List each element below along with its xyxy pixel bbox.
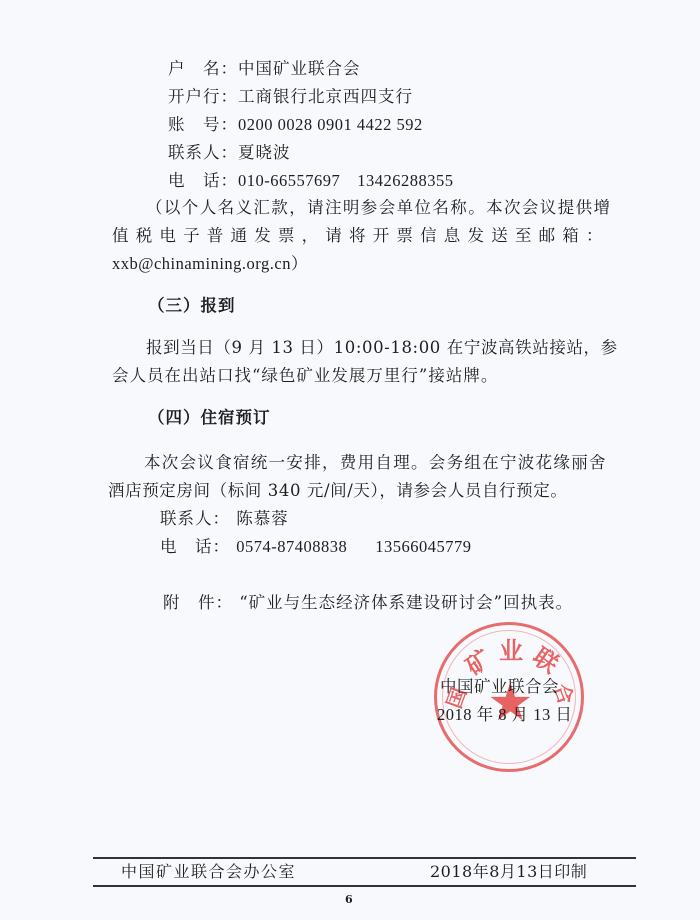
footer-office: 中国矿业联合会办公室 [121,862,296,882]
attachment-text: “矿业与生态经济体系建设研讨会”回执表。 [239,593,573,612]
section-3-line-1: 报到当日（9 月 13 日）10:00-18:00 在宁波高铁站接站，参 [146,337,618,359]
contact-name: 夏晓波 [238,143,291,162]
bank-row: 开户行：工商银行北京西四支行 [168,86,413,108]
section-3-line-2: 会人员在出站口找“绿色矿业发展万里行”接站牌。 [112,365,498,387]
attachment-row: 附 件： “矿业与生态经济体系建设研讨会”回执表。 [163,592,573,614]
footer-bottom-rule [93,885,636,887]
page-number: 6 [345,893,353,906]
account-no-row: 账 号：0200 0028 0901 4422 592 [168,114,423,136]
footer-top-rule [93,857,636,859]
account-name-row: 户 名：中国矿业联合会 [168,58,361,80]
section-4-contact-name: 陈慕蓉 [236,509,289,528]
phone-number: 010-66557697 13426288355 [238,171,454,190]
account-no-label: 账 号： [168,115,238,134]
section-4-line-1: 本次会议食宿统一安排，费用自理。会务组在宁波花缘丽舍 [144,452,607,474]
footer-print-date: 2018年8月13日印制 [430,862,587,882]
signature-org: 中国矿业联合会 [440,676,559,698]
note-line-2: 值税电子普通发票，请将开票信息发送至邮箱： [112,225,610,247]
phone-label: 电 话： [168,171,238,190]
section-4-phone-1: 0574-87408838 [236,537,347,556]
section-4-phone-row: 电 话： 0574-8740883813566045779 [160,536,472,558]
section-4-heading: （四）住宿预订 [148,407,271,429]
document-page: 户 名：中国矿业联合会 开户行：工商银行北京西四支行 账 号：0200 0028… [0,0,700,920]
attachment-label: 附 件： [163,593,233,612]
section-4-phone-2: 13566045779 [375,537,471,556]
bank-label: 开户行： [168,87,238,106]
note-email: xxb@chinamining.org.cn） [112,253,308,275]
contact-row: 联系人：夏晓波 [168,142,291,164]
account-name-label: 户 名： [168,59,238,78]
note-line-1: （以个人名义汇款，请注明参会单位名称。本次会议提供增 [146,197,611,219]
section-3-heading: （三）报到 [148,295,236,317]
section-4-phone-label: 电 话： [160,537,230,556]
section-4-contact-row: 联系人： 陈慕蓉 [160,508,289,530]
account-number: 0200 0028 0901 4422 592 [238,115,423,134]
signature-date: 2018 年 8 月 13 日 [437,704,572,726]
phone-row: 电 话：010-66557697 13426288355 [168,170,454,192]
contact-label: 联系人： [168,143,238,162]
account-name: 中国矿业联合会 [238,59,361,78]
section-4-contact-label: 联系人： [160,509,230,528]
section-4-line-2: 酒店预定房间（标间 340 元/间/天），请参会人员自行预定。 [108,480,567,502]
bank-name: 工商银行北京西四支行 [238,87,413,106]
seal-char: 业 [499,631,523,666]
